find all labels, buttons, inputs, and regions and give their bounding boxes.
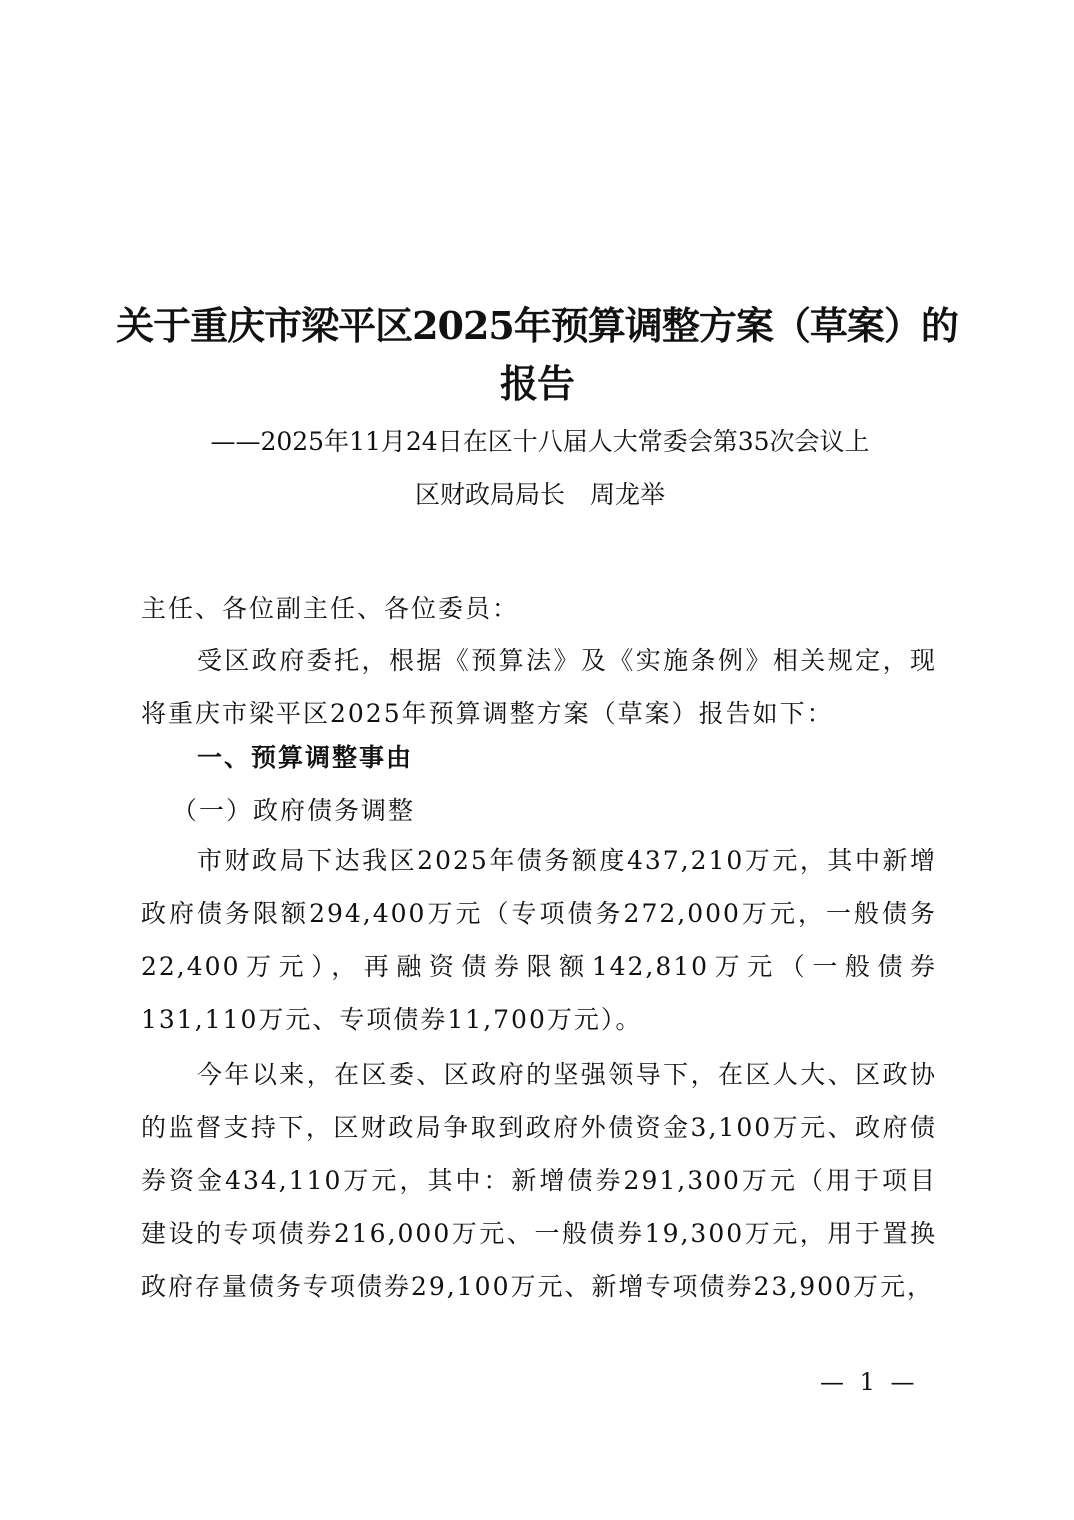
document-title-line1: 关于重庆市梁平区2025年预算调整方案（草案）的: [100, 298, 974, 354]
meeting-subtitle: ——2025年11月24日在区十八届人大常委会第35次会议上: [140, 424, 940, 460]
document-page: 关于重庆市梁平区2025年预算调整方案（草案）的 报告 ——2025年11月24…: [0, 0, 1074, 1520]
paragraph-intro: 受区政府委托，根据《预算法》及《实施条例》相关规定，现将重庆市梁平区2025年预…: [141, 634, 937, 740]
speaker-line: 区财政局局长 周龙举: [140, 477, 940, 513]
paragraph-debt-funds: 今年以来，在区委、区政府的坚强领导下，在区人大、区政协的监督支持下，区财政局争取…: [141, 1048, 937, 1313]
subsection-heading: （一）政府债务调整: [172, 791, 415, 831]
page-number: — 1 —: [820, 1368, 919, 1396]
salutation: 主任、各位副主任、各位委员：: [141, 582, 937, 635]
section-heading: 一、预算调整事由: [197, 738, 413, 778]
document-title-line2: 报告: [100, 356, 974, 412]
paragraph-debt-quota: 市财政局下达我区2025年债务额度437,210万元，其中新增政府债务限额294…: [141, 834, 937, 1046]
